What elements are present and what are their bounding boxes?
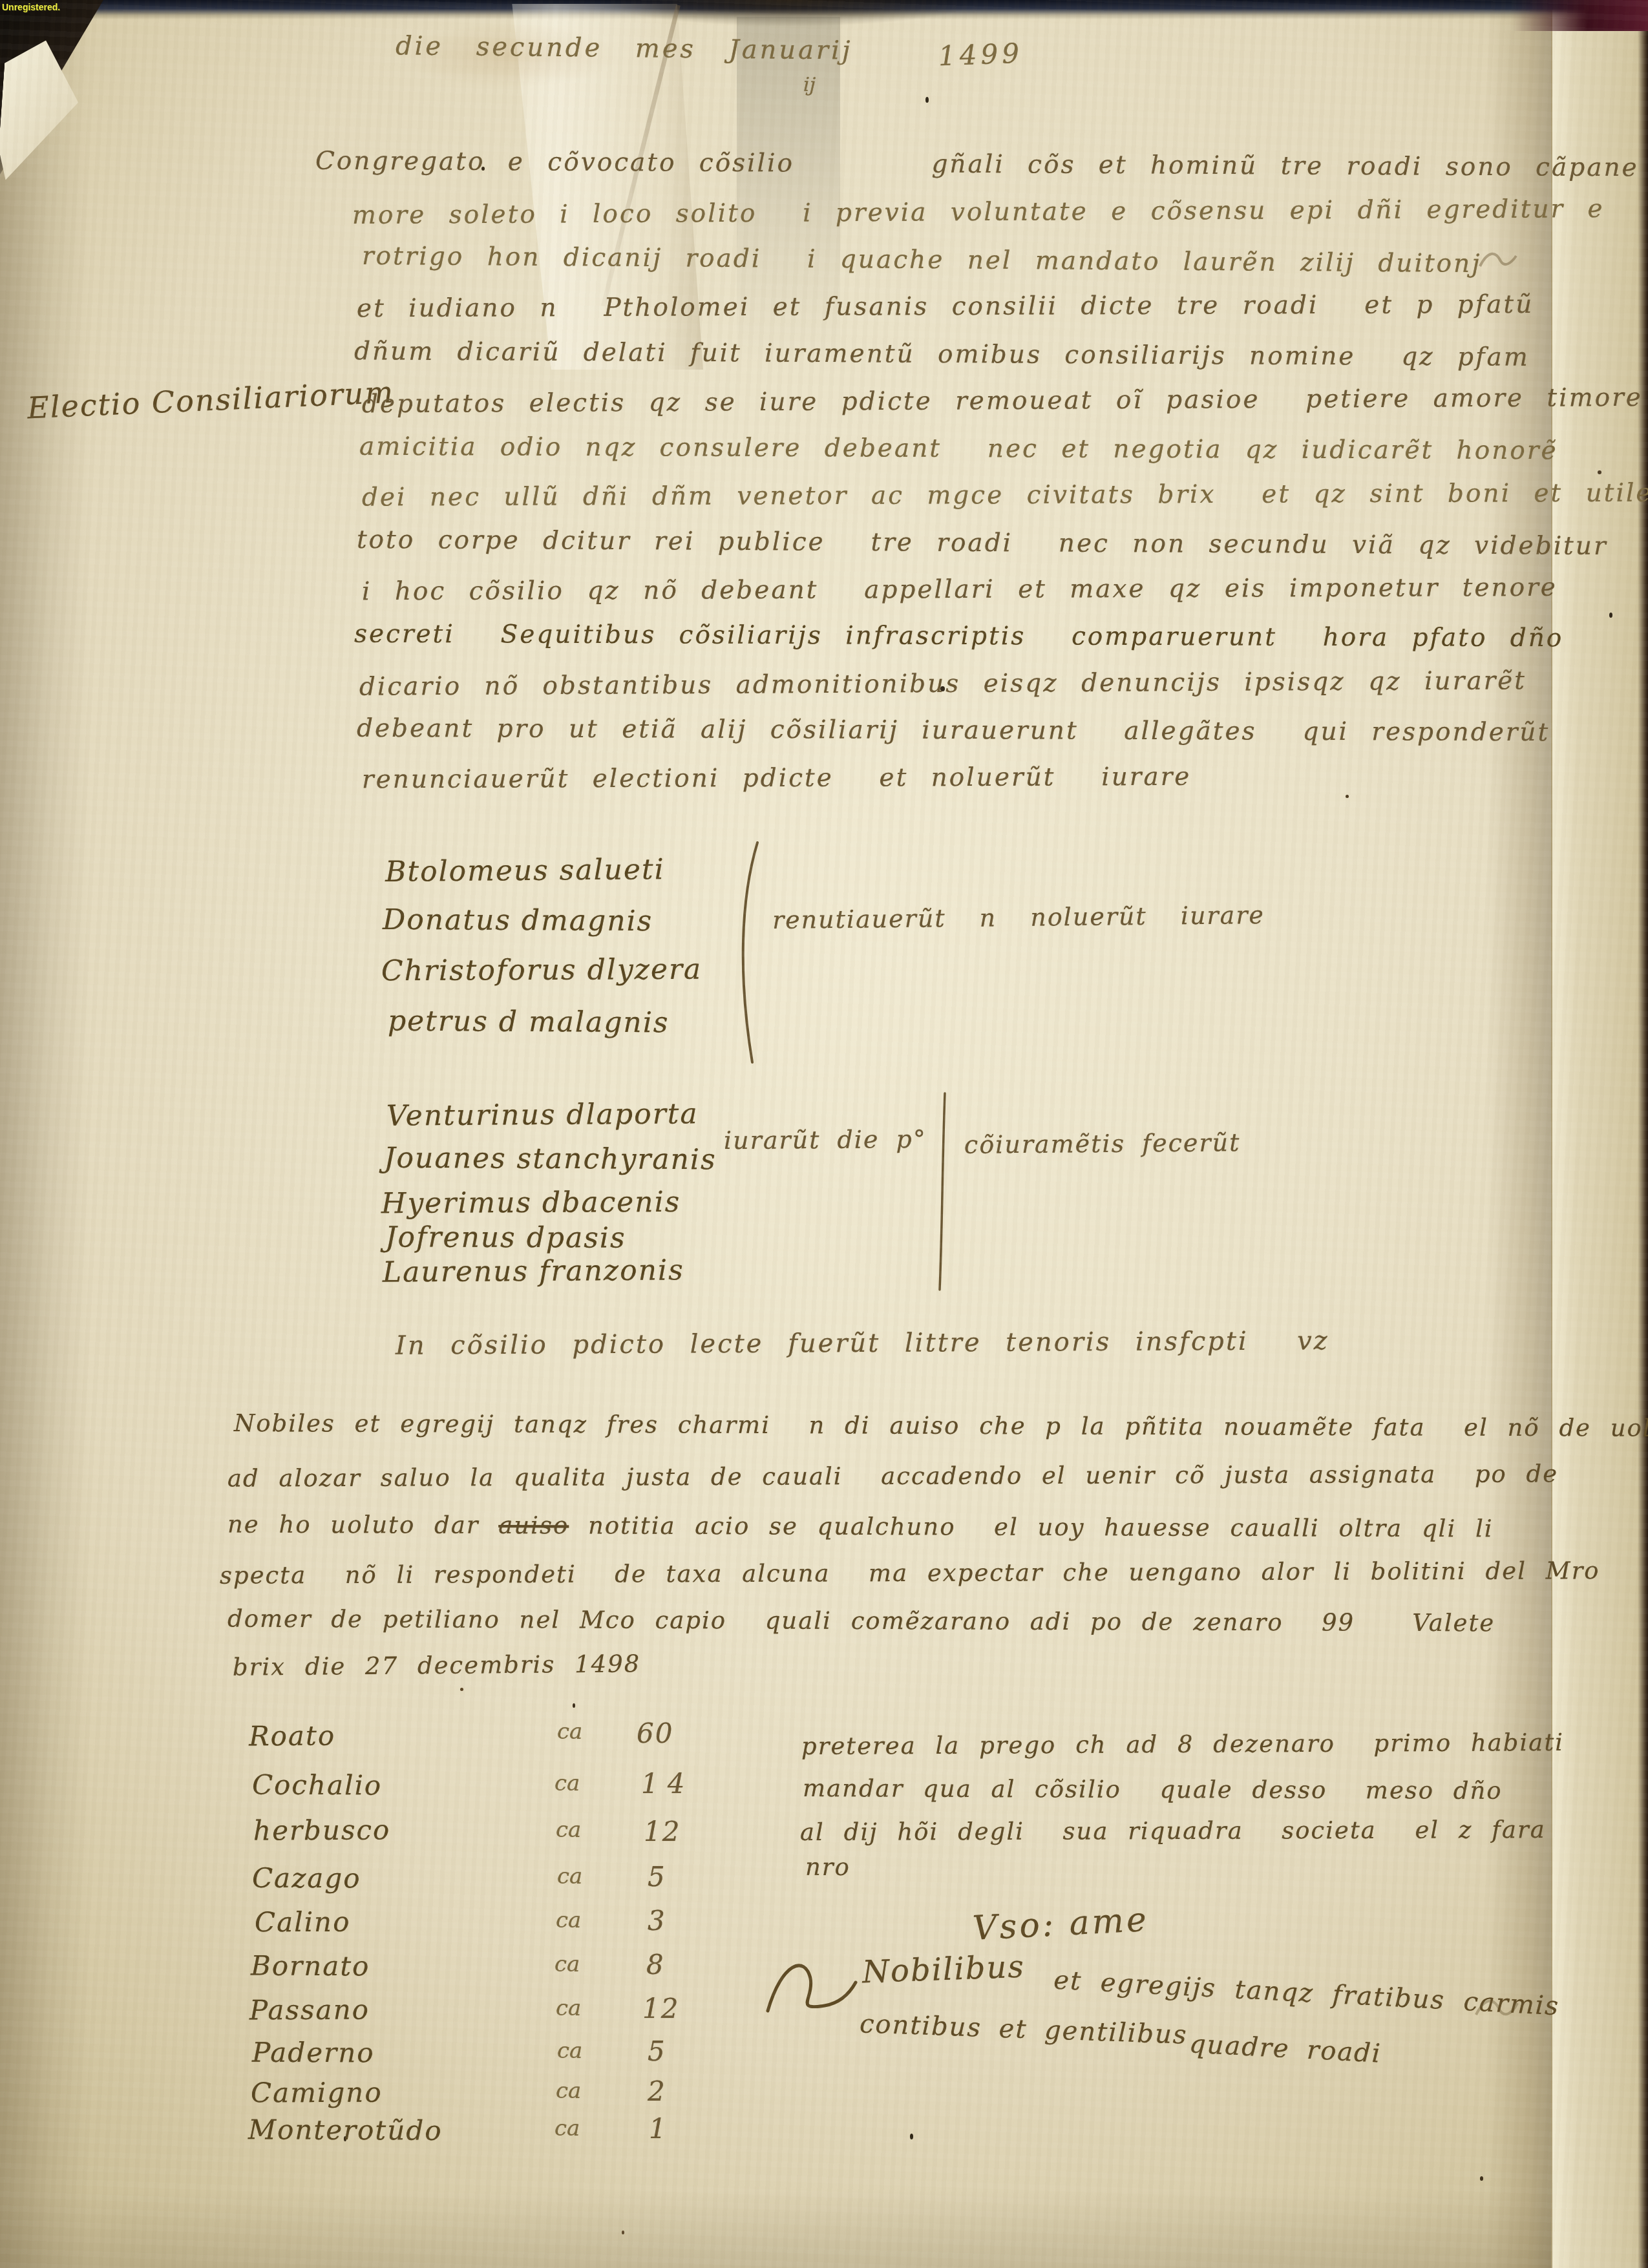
table-row-name: Bornato bbox=[251, 1950, 370, 1982]
manuscript-scan: Unregistered. die secunde mes Januarij i… bbox=[0, 0, 1648, 2268]
table-row-value: 5 bbox=[648, 2035, 666, 2067]
letter-line3-pre: ne ho uoluto dar bbox=[227, 1511, 498, 1539]
group2-divider bbox=[937, 1092, 950, 1292]
scanner-watermark: Unregistered. bbox=[2, 2, 60, 12]
councillor-name: Jouanes stanchyranis bbox=[384, 1142, 717, 1177]
councillor-name: Venturinus dlaporta bbox=[386, 1097, 699, 1132]
letter-dateline: brix die 27 decembris 1498 bbox=[233, 1650, 641, 1681]
heading-date-suffix: ij bbox=[803, 74, 816, 97]
councillor-name: Laurenus franzonis bbox=[383, 1254, 684, 1288]
group1-annotation: renutiauerũt n noluerũt iurare bbox=[772, 901, 1265, 934]
record-line: amicitia odio nqz consulere debeant nec … bbox=[359, 432, 1558, 465]
table-row-unit: ca bbox=[555, 2116, 580, 2141]
councillor-name: Christoforus dlyzera bbox=[381, 953, 702, 988]
table-row-name: Cazago bbox=[252, 1862, 361, 1895]
record-line: i hoc cõsilio qz nõ debeant appellari et… bbox=[362, 573, 1558, 606]
table-row-name: Camigno bbox=[251, 2077, 383, 2109]
heading-year: 1499 bbox=[938, 37, 1024, 72]
councillor-name: Jofrenus dpasis bbox=[385, 1221, 626, 1254]
speck bbox=[460, 1688, 463, 1691]
letter-crossed-out-word: auiso bbox=[498, 1511, 569, 1539]
table-row-unit: ca bbox=[556, 1817, 581, 1843]
record-line: dñum dicariũ delati fuit iuramentũ omibu… bbox=[354, 337, 1530, 372]
scan-right-edge bbox=[1638, 0, 1648, 2268]
speck bbox=[573, 1703, 575, 1708]
councillor-name: Btolomeus salueti bbox=[385, 853, 665, 888]
letter-line: domer de petiliano nel Mco capio quali c… bbox=[227, 1605, 1495, 1637]
table-row-unit: ca bbox=[555, 1770, 580, 1796]
table-row-unit: ca bbox=[556, 1907, 581, 1933]
record-line: dei nec ullũ dñi dñm venetor ac mgce civ… bbox=[362, 478, 1648, 512]
record-line: debeant pro ut etiã alij cõsiliarij iura… bbox=[357, 714, 1550, 747]
address-flourish bbox=[763, 1949, 860, 2020]
table-row-value: 1 bbox=[649, 2113, 668, 2145]
heading-date-line: die secunde mes Januarij bbox=[396, 31, 853, 65]
table-row-name: Calino bbox=[255, 1906, 351, 1938]
table-row-unit: ca bbox=[557, 2038, 582, 2064]
record-line: dicario nõ obstantibus admonitionibus ei… bbox=[359, 666, 1527, 701]
table-row-unit: ca bbox=[555, 1951, 580, 1977]
speck bbox=[910, 2134, 913, 2139]
table-row-value: 14 bbox=[641, 1768, 693, 1800]
table-row-value: 8 bbox=[646, 1949, 665, 1980]
ink-bleed-mark bbox=[1475, 1990, 1520, 2022]
record-line: secreti Sequitibus cõsiliarijs infrascri… bbox=[354, 620, 1564, 653]
page-curl-shadow bbox=[1486, 0, 1551, 2268]
table-row-value: 3 bbox=[648, 1905, 666, 1937]
postscript-line: mandar qua al cõsilio quale desso meso d… bbox=[803, 1774, 1503, 1805]
underlying-page-edge bbox=[1551, 0, 1648, 2268]
table-row-value: 5 bbox=[648, 1861, 666, 1893]
consilio-line: In cõsilio pdicto lecte fuerũt littre te… bbox=[396, 1326, 1329, 1361]
record-line: et iudiano n Ptholomei et fusanis consil… bbox=[357, 290, 1534, 323]
letter-line3-post: notitia acio se qualchuno el uoy hauesse… bbox=[569, 1511, 1494, 1542]
letter-line: specta nõ li respondeti de taxa alcuna m… bbox=[220, 1557, 1600, 1589]
binding-shadow bbox=[0, 0, 90, 2268]
group2-annotation-left: iurarũt die p° bbox=[724, 1125, 927, 1155]
table-row-name: Monterotũdo bbox=[248, 2114, 443, 2147]
letter-line: ne ho uoluto dar auiso notitia acio se q… bbox=[227, 1511, 1494, 1543]
letter-line: Nobiles et egregij tanqz fres charmi n d… bbox=[234, 1409, 1648, 1442]
table-row-unit: ca bbox=[557, 1719, 582, 1745]
speck bbox=[1346, 795, 1349, 798]
speck bbox=[925, 97, 929, 103]
ink-bleed-mark bbox=[1479, 247, 1517, 273]
table-row-value: 12 bbox=[644, 1816, 681, 1847]
table-row-unit: ca bbox=[557, 1864, 582, 1889]
postscript-line: al dij hõi degli sua riquadra societa el… bbox=[800, 1816, 1546, 1846]
letter-line: ad alozar saluo la qualita justa de caua… bbox=[227, 1460, 1558, 1492]
table-row-name: herbusco bbox=[253, 1814, 391, 1846]
councillor-name: petrus d malagnis bbox=[388, 1004, 670, 1039]
table-row-unit: ca bbox=[556, 2078, 581, 2104]
bottom-shadow bbox=[0, 2190, 1648, 2268]
table-row-name: Paderno bbox=[252, 2037, 375, 2069]
table-row-value: 12 bbox=[642, 1993, 679, 2024]
group2-annotation-right: cõiuramẽtis fecerũt bbox=[964, 1128, 1241, 1159]
councillor-name: Donatus dmagnis bbox=[383, 903, 653, 938]
table-row-name: Roato bbox=[249, 1719, 336, 1752]
table-row-value: 2 bbox=[648, 2075, 666, 2107]
table-row-unit: ca bbox=[556, 1995, 581, 2021]
councillor-name: Hyerimus dbacenis bbox=[381, 1186, 681, 1220]
group1-brace bbox=[730, 840, 776, 1066]
speck bbox=[1609, 613, 1612, 618]
address-part1: Nobilibus bbox=[861, 1949, 1026, 1991]
book-cover-sliver bbox=[1512, 0, 1648, 31]
record-line: renunciauerũt electioni pdicte et noluer… bbox=[362, 762, 1192, 794]
table-row-value: 60 bbox=[637, 1717, 673, 1749]
postscript-line: nro bbox=[805, 1853, 850, 1881]
postscript-line: preterea la prego ch ad 8 dezenaro primo… bbox=[801, 1728, 1564, 1760]
speck bbox=[1598, 470, 1601, 474]
speck bbox=[1480, 2176, 1483, 2181]
table-row-name: Cochalio bbox=[252, 1769, 382, 1801]
speck bbox=[622, 2231, 624, 2234]
table-row-name: Passano bbox=[249, 1994, 370, 2026]
